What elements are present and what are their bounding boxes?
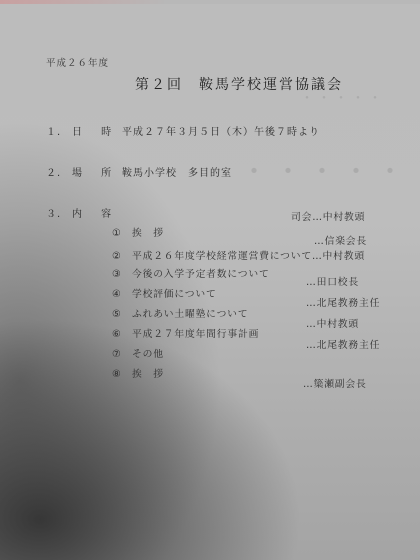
show-through-text: ・・・・・ [240, 150, 410, 190]
agenda-item: ④学校評価について [112, 286, 217, 300]
agenda-presenter: …田口校長 [306, 274, 359, 288]
title-number: 第２回 [135, 77, 183, 93]
agenda-item: ②平成２６年度学校経常運営費について…中村教頭 [112, 248, 365, 262]
title-text: 鞍馬学校運営協議会 [199, 77, 343, 93]
section-datetime: １.日 時平成２７年３月５日（木）午後７時より [46, 123, 320, 138]
agenda-item: ⑧挨 拶 [112, 366, 164, 380]
section-number: ３. [46, 205, 72, 220]
agenda-presenter: …北尾教務主任 [306, 295, 380, 309]
agenda-presenter: …簗瀬副会長 [303, 376, 367, 390]
section-label: 内 容 [72, 205, 122, 220]
page-title: 第２回鞍馬学校運営協議会 [135, 74, 343, 94]
section-number: ２. [46, 164, 72, 179]
agenda-presenter: …中村教頭 [306, 316, 359, 330]
agenda-item: ⑤ふれあい土曜塾について [112, 306, 248, 320]
section-value: 平成２７年３月５日（木）午後７時より [122, 127, 320, 138]
top-edge [0, 0, 420, 4]
section-place: ２.場 所鞍馬小学校 多目的室 [46, 164, 232, 179]
section-content: ３.内 容 [46, 205, 122, 220]
agenda-presenter: …北尾教務主任 [306, 337, 380, 351]
fiscal-year: 平成２６年度 [46, 55, 109, 69]
agenda-item: ①挨 拶 [112, 225, 164, 239]
section-value: 鞍馬小学校 多目的室 [122, 168, 232, 179]
agenda-item: ③今後の入学予定者数について [112, 266, 270, 280]
section-number: １. [46, 123, 72, 138]
agenda-item: ⑦その他 [112, 346, 164, 360]
moderator: 司会…中村教頭 [291, 209, 365, 223]
agenda-presenter: …信楽会長 [314, 233, 367, 247]
section-label: 日 時 [72, 123, 122, 138]
agenda-item: ⑥平成２７年度年間行事計画 [112, 326, 259, 340]
section-label: 場 所 [72, 164, 122, 179]
